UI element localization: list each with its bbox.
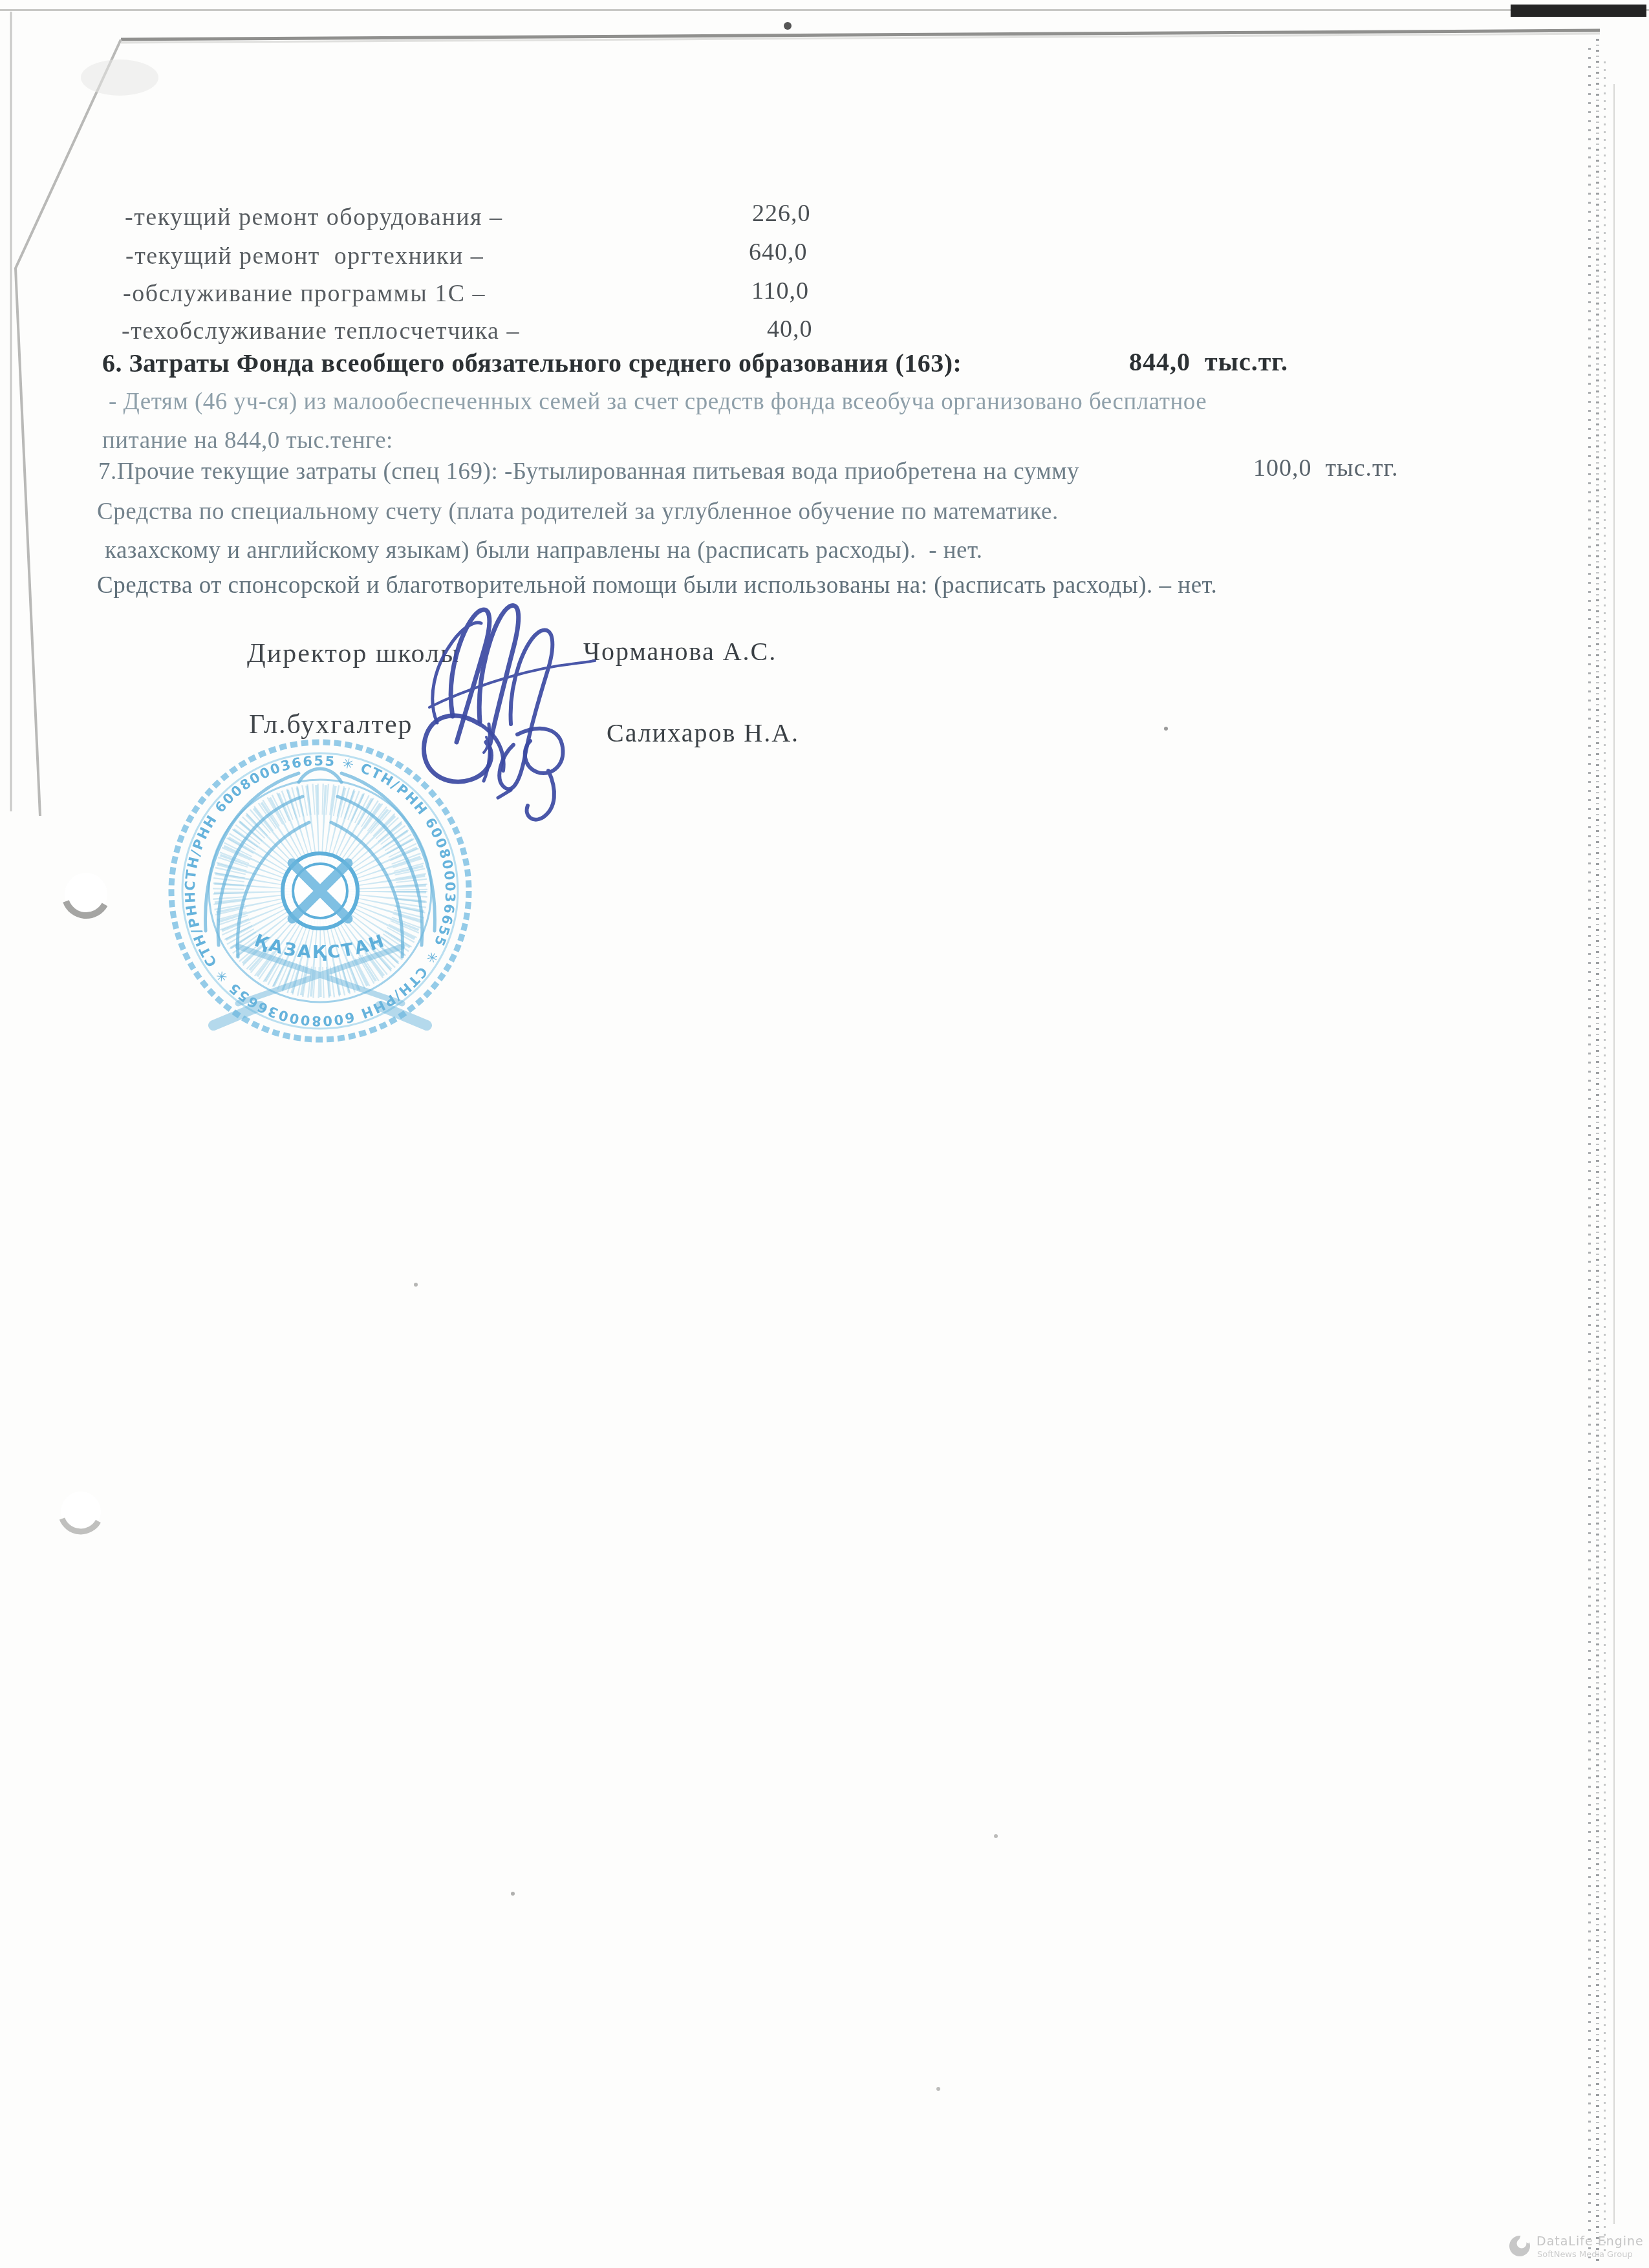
binding-edge-noise xyxy=(1588,45,1591,2263)
section6-title: 6. Затраты Фонда всеобщего обязательного… xyxy=(102,349,962,378)
expense-item-label: -текущий ремонт оборудования – xyxy=(125,204,503,231)
signature-name-director: Чорманова А.С. xyxy=(583,637,777,666)
scan-speck xyxy=(784,22,792,30)
binding-edge-noise xyxy=(1604,58,1606,2256)
signature-role-director: Директор школы xyxy=(247,639,460,669)
signature-role-accountant: Гл.бухгалтер xyxy=(249,710,413,740)
section7-amount: 100,0 тыс.тг. xyxy=(1253,455,1398,482)
scanner-edge-line xyxy=(0,9,1649,11)
special-account-line1: Средства по специальному счету (плата ро… xyxy=(97,499,1059,526)
expense-item-label: -техобслуживание теплосчетчика – xyxy=(122,318,520,345)
scan-smudge xyxy=(81,59,158,96)
scan-speck xyxy=(511,1892,515,1896)
binding-edge-noise xyxy=(1596,39,1599,2263)
sponsor-line: Средства от спонсорской и благотворитель… xyxy=(97,573,1217,599)
section6-detail-line2: питание на 844,0 тыс.тенге: xyxy=(102,428,393,455)
punch-hole xyxy=(61,1492,101,1532)
scan-speck xyxy=(936,2087,940,2091)
expense-item-value: 40,0 xyxy=(767,316,813,343)
stamp-center-text: ҚАЗАҚСТАН xyxy=(252,930,388,963)
section6-amount: 844,0 тыс.тг. xyxy=(1129,348,1288,376)
datalife-watermark: DataLife Engine SoftNews Media Group xyxy=(1507,2229,1646,2263)
special-account-line2: казахскому и английскому языкам) были на… xyxy=(105,538,983,564)
datalife-logo-icon xyxy=(1507,2229,1535,2260)
expense-item-label: -текущий ремонт оргтехники – xyxy=(125,243,484,270)
shanyrak-cross xyxy=(292,863,348,919)
scan-black-bar xyxy=(1511,5,1646,17)
scan-speck xyxy=(414,1283,418,1287)
watermark-brand: DataLife Engine xyxy=(1536,2234,1644,2249)
expense-item-label: -обслуживание программы 1С – xyxy=(123,281,486,308)
expense-item-value: 110,0 xyxy=(751,278,809,305)
signature-name-accountant: Салихаров Н.А. xyxy=(607,719,799,747)
expense-item-value: 640,0 xyxy=(749,239,808,266)
section7-text: 7.Прочие текущие затраты (спец 169): -Бу… xyxy=(98,459,1079,486)
expense-item-value: 226,0 xyxy=(752,200,811,228)
watermark-subtitle: SoftNews Media Group xyxy=(1537,2250,1633,2260)
accountant-signature xyxy=(424,716,563,820)
punch-hole xyxy=(65,873,107,915)
scan-speck xyxy=(994,1834,998,1838)
page-right-edge-line xyxy=(1613,84,1615,2224)
section6-detail-line1: - Детям (46 уч-ся) из малообеспеченных с… xyxy=(109,389,1207,416)
scanned-page: -текущий ремонт оборудования – 226,0 -те… xyxy=(0,0,1649,2268)
page-top-edge xyxy=(121,30,1600,39)
page-top-edge-highlight xyxy=(121,34,1600,43)
director-signature xyxy=(429,606,595,789)
svg-text:ҚАЗАҚСТАН: ҚАЗАҚСТАН xyxy=(252,930,388,963)
scan-speck xyxy=(1164,727,1168,731)
